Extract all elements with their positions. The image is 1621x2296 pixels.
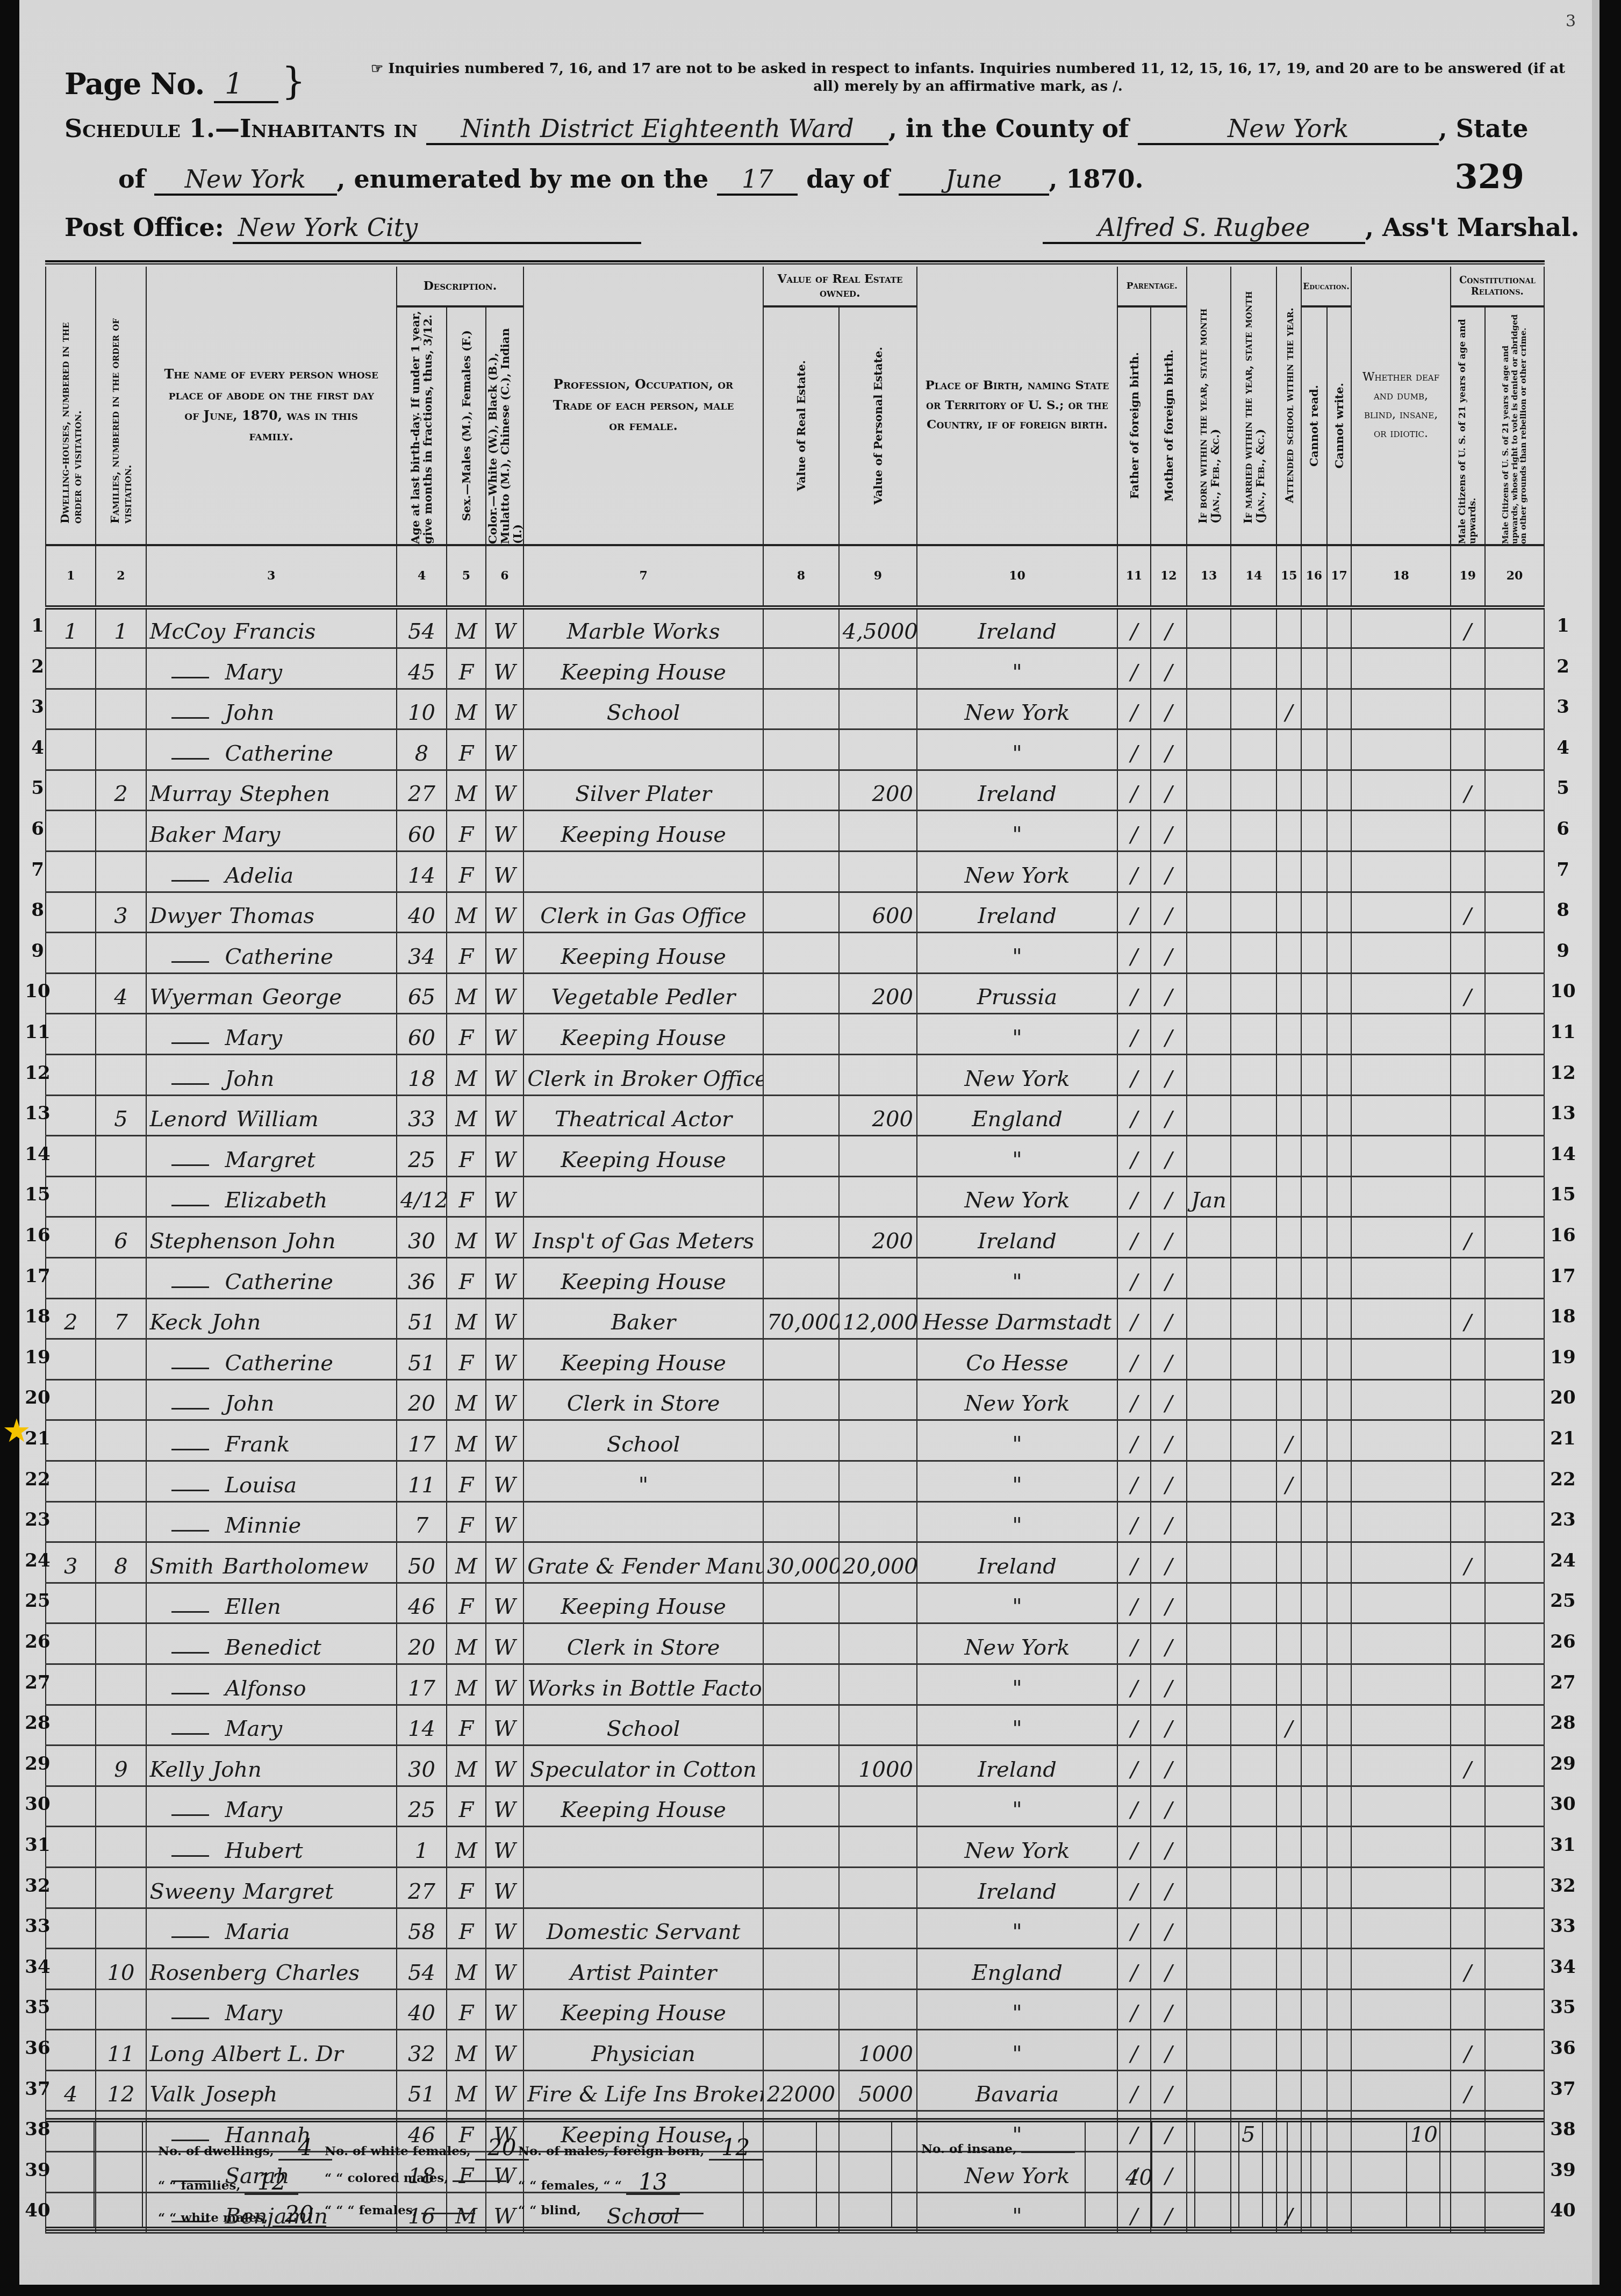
cell-born-month	[1187, 729, 1231, 770]
cell-family: 4	[96, 973, 146, 1014]
cell-birthplace: "	[917, 1664, 1117, 1705]
cell-denied	[1485, 1014, 1544, 1055]
cell-occupation: Vegetable Pedler	[523, 973, 763, 1014]
cell-denied	[1485, 2030, 1544, 2071]
cell-cannot-read	[1301, 770, 1327, 811]
cell-sex: M	[447, 770, 486, 811]
cell-sex: F	[447, 1136, 486, 1177]
cell-married-month	[1231, 1055, 1276, 1096]
cell-personal-estate: 20,000	[839, 1542, 917, 1583]
cell-school	[1276, 973, 1301, 1014]
cell-school: /	[1276, 1705, 1301, 1746]
cell-family	[96, 1501, 146, 1542]
cell-color: W	[486, 1095, 523, 1136]
cell-birthplace: Hesse Darmstadt	[917, 1298, 1117, 1339]
cell-sex: M	[447, 2070, 486, 2111]
cell-citizen	[1451, 1461, 1485, 1501]
cell-family	[96, 1786, 146, 1827]
line-number-left: 7	[21, 859, 54, 881]
table-row: Frank17MWSchool"///	[46, 1420, 1544, 1461]
cell-sex: F	[447, 1176, 486, 1217]
constitutional-group-header: Constitutional Relations.	[1451, 267, 1544, 306]
line-number-left: 4	[21, 737, 54, 759]
cell-school	[1276, 1989, 1301, 2030]
cell-birthplace: New York	[917, 689, 1117, 729]
cell-cannot-write	[1327, 1136, 1352, 1177]
table-row: 9KellyJohn30MWSpeculator in Cotton1000Ir…	[46, 1746, 1544, 1786]
cell-infirmity	[1351, 2030, 1450, 2071]
cell-cannot-write	[1327, 852, 1352, 892]
cell-citizen	[1451, 933, 1485, 974]
cell-personal-estate: 200	[839, 1095, 917, 1136]
cell-cannot-write	[1327, 1095, 1352, 1136]
state-field: New York	[154, 164, 337, 196]
line-number-right: 8	[1547, 899, 1579, 921]
cell-married-month	[1231, 1908, 1276, 1949]
table-row: Catherine34FWKeeping House"//	[46, 933, 1544, 974]
cell-personal-estate: 200	[839, 1217, 917, 1258]
person-name: Alfonso	[146, 1664, 397, 1705]
column-number-16: 16	[1301, 545, 1327, 607]
cell-citizen	[1451, 811, 1485, 852]
ditto-dash	[171, 1530, 209, 1532]
cell-married-month	[1231, 1339, 1276, 1380]
cell-mother-foreign: /	[1151, 1786, 1186, 1827]
cell-cannot-write	[1327, 1217, 1352, 1258]
col-7-header: Profession, Occupation, or Trade of each…	[523, 267, 763, 545]
cell-real-estate	[763, 892, 839, 933]
cell-birthplace: Ireland	[917, 1746, 1117, 1786]
cell-real-estate	[763, 1989, 839, 2030]
cell-age: 17	[397, 1420, 447, 1461]
cell-sex: F	[447, 1258, 486, 1299]
cell-born-month	[1187, 1583, 1231, 1623]
table-row: Mary25FWKeeping House"//	[46, 1786, 1544, 1827]
cell-birthplace: "	[917, 729, 1117, 770]
col-10-header: Place of Birth, naming State or Territor…	[917, 267, 1117, 545]
person-name: KellyJohn	[146, 1746, 397, 1786]
person-name: Benedict	[146, 1623, 397, 1664]
cell-occupation: Keeping House	[523, 1989, 763, 2030]
ditto-dash	[171, 677, 209, 678]
school-total: 5	[1242, 2122, 1255, 2147]
cell-birthplace: New York	[917, 1379, 1117, 1420]
cell-color: W	[486, 1705, 523, 1746]
cell-born-month	[1187, 1461, 1231, 1501]
description-group-header: Description.	[397, 267, 523, 306]
person-name: SmithBartholomew	[146, 1542, 397, 1583]
cell-citizen: /	[1451, 892, 1485, 933]
cell-infirmity	[1351, 1583, 1450, 1623]
citizens-total: 10	[1410, 2122, 1438, 2147]
cell-occupation: Keeping House	[523, 811, 763, 852]
cell-citizen	[1451, 1176, 1485, 1217]
ditto-dash	[171, 1408, 209, 1410]
cell-mother-foreign: /	[1151, 648, 1186, 689]
cell-age: 10	[397, 689, 447, 729]
cell-school	[1276, 1014, 1301, 1055]
cell-personal-estate	[839, 1014, 917, 1055]
cell-age: 14	[397, 852, 447, 892]
line-number-left: 34	[21, 1956, 54, 1978]
cell-mother-foreign: /	[1151, 1542, 1186, 1583]
line-number-right: 10	[1547, 981, 1579, 1002]
cell-school	[1276, 1664, 1301, 1705]
cell-mother-foreign: /	[1151, 1501, 1186, 1542]
cell-occupation	[523, 1867, 763, 1908]
cell-real-estate	[763, 1176, 839, 1217]
cell-cannot-read	[1301, 1989, 1327, 2030]
cell-cannot-write	[1327, 1461, 1352, 1501]
line-number-left: 36	[21, 2037, 54, 2059]
cell-family: 2	[96, 770, 146, 811]
cell-father-foreign: /	[1117, 729, 1151, 770]
cell-birthplace: "	[917, 1136, 1117, 1177]
table-row: 11McCoyFrancis54MWMarble Works4,5000Irel…	[46, 607, 1544, 648]
marshal-signature: Alfred S. Rugbee	[1043, 213, 1365, 244]
cell-occupation: Insp't of Gas Meters	[523, 1217, 763, 1258]
cell-denied	[1485, 607, 1544, 648]
person-name: Mary	[146, 1989, 397, 2030]
cell-citizen	[1451, 1623, 1485, 1664]
cell-mother-foreign: /	[1151, 1176, 1186, 1217]
cell-father-foreign: /	[1117, 1339, 1151, 1380]
cell-infirmity	[1351, 1623, 1450, 1664]
cell-age: 50	[397, 1542, 447, 1583]
col-17-header: Cannot write.	[1327, 306, 1352, 545]
cell-sex: F	[447, 729, 486, 770]
cell-cannot-write	[1327, 1379, 1352, 1420]
cell-sex: M	[447, 1827, 486, 1868]
cell-infirmity	[1351, 1339, 1450, 1380]
cell-born-month	[1187, 1339, 1231, 1380]
line-number-left: 12	[21, 1062, 54, 1084]
cell-color: W	[486, 1420, 523, 1461]
cell-occupation: Physician	[523, 2030, 763, 2071]
col-4-header: Age at last birth-day. If under 1 year, …	[397, 306, 447, 545]
cell-married-month	[1231, 770, 1276, 811]
foreign-males-count: 12	[709, 2136, 763, 2161]
line-number-right: 26	[1547, 1631, 1579, 1653]
column-number-4: 4	[397, 545, 447, 607]
cell-born-month	[1187, 1420, 1231, 1461]
cell-infirmity	[1351, 1867, 1450, 1908]
cell-personal-estate: 5000	[839, 2070, 917, 2111]
cell-cannot-write	[1327, 1339, 1352, 1380]
cell-infirmity	[1351, 1664, 1450, 1705]
cell-birthplace: Ireland	[917, 1867, 1117, 1908]
cell-cannot-read	[1301, 689, 1327, 729]
cell-citizen: /	[1451, 1746, 1485, 1786]
cell-infirmity	[1351, 1989, 1450, 2030]
column-number-18: 18	[1351, 545, 1450, 607]
cell-cannot-read	[1301, 852, 1327, 892]
table-row: 27KeckJohn51MWBaker70,00012,000Hesse Dar…	[46, 1298, 1544, 1339]
ditto-dash	[171, 1205, 209, 1206]
cell-mother-foreign: /	[1151, 607, 1186, 648]
cell-color: W	[486, 2070, 523, 2111]
cell-real-estate	[763, 1867, 839, 1908]
line-number-right: 31	[1547, 1834, 1579, 1856]
cell-mother-foreign: /	[1151, 1379, 1186, 1420]
cell-mother-foreign: /	[1151, 770, 1186, 811]
cell-married-month	[1231, 1705, 1276, 1746]
cell-citizen	[1451, 1339, 1485, 1380]
cell-school: /	[1276, 1420, 1301, 1461]
cell-occupation	[523, 1501, 763, 1542]
cell-mother-foreign: /	[1151, 1420, 1186, 1461]
cell-infirmity	[1351, 770, 1450, 811]
cell-family	[96, 1258, 146, 1299]
line-number-right: 33	[1547, 1915, 1579, 1937]
cell-denied	[1485, 1217, 1544, 1258]
column-number-8: 8	[763, 545, 839, 607]
cell-age: 58	[397, 1908, 447, 1949]
cell-mother-foreign: /	[1151, 1623, 1186, 1664]
cell-age: 27	[397, 770, 447, 811]
cell-father-foreign: /	[1117, 1055, 1151, 1096]
cell-school	[1276, 1827, 1301, 1868]
cell-school	[1276, 1908, 1301, 1949]
cell-born-month	[1187, 1786, 1231, 1827]
line-number-left: 17	[21, 1265, 54, 1287]
foreign-females-summary: “ “ females, “ “ 13	[518, 2171, 680, 2195]
cell-mother-foreign: /	[1151, 1339, 1186, 1380]
col-9-header: Value of Personal Estate.	[839, 306, 917, 545]
cell-born-month	[1187, 1827, 1231, 1868]
line-number-right: 39	[1547, 2159, 1579, 2181]
cell-denied	[1485, 1055, 1544, 1096]
cell-sex: M	[447, 1542, 486, 1583]
col-6-header: Color.—White (W.), Black (B.), Mulatto (…	[486, 306, 523, 545]
line-number-left: 9	[21, 940, 54, 962]
cell-personal-estate	[839, 933, 917, 974]
cell-school	[1276, 1501, 1301, 1542]
cell-real-estate	[763, 1908, 839, 1949]
cell-occupation: Grate & Fender Manuf	[523, 1542, 763, 1583]
cell-age: 46	[397, 1583, 447, 1623]
cell-birthplace: "	[917, 1908, 1117, 1949]
ditto-dash	[171, 1733, 209, 1735]
table-row: 412ValkJoseph51MWFire & Life Ins Broker2…	[46, 2070, 1544, 2111]
cell-citizen	[1451, 1705, 1485, 1746]
cell-born-month	[1187, 1379, 1231, 1420]
cell-cannot-write	[1327, 648, 1352, 689]
cell-real-estate	[763, 1217, 839, 1258]
cell-married-month	[1231, 729, 1276, 770]
cell-birthplace: "	[917, 1258, 1117, 1299]
cell-birthplace: Ireland	[917, 607, 1117, 648]
column-number-10: 10	[917, 545, 1117, 607]
cell-cannot-read	[1301, 1136, 1327, 1177]
cell-mother-foreign: /	[1151, 2070, 1186, 2111]
cell-cannot-write	[1327, 811, 1352, 852]
cell-citizen	[1451, 1501, 1485, 1542]
cell-color: W	[486, 1908, 523, 1949]
ditto-dash	[171, 1693, 209, 1694]
cell-color: W	[486, 973, 523, 1014]
person-name: Frank	[146, 1420, 397, 1461]
table-row: 38SmithBartholomew50MWGrate & Fender Man…	[46, 1542, 1544, 1583]
cell-real-estate	[763, 1379, 839, 1420]
cell-personal-estate	[839, 1867, 917, 1908]
cell-personal-estate	[839, 1339, 917, 1380]
cell-occupation: Theatrical Actor	[523, 1095, 763, 1136]
cell-birthplace: England	[917, 1949, 1117, 1990]
cell-married-month	[1231, 1827, 1276, 1868]
line-number-right: 19	[1547, 1347, 1579, 1368]
cell-family	[96, 1461, 146, 1501]
cell-personal-estate	[839, 689, 917, 729]
column-number-20: 20	[1485, 545, 1544, 607]
cell-denied	[1485, 1746, 1544, 1786]
table-row: Mary45FWKeeping House"//	[46, 648, 1544, 689]
cell-born-month	[1187, 933, 1231, 974]
cell-occupation: Keeping House	[523, 933, 763, 974]
cell-age: 51	[397, 1298, 447, 1339]
cell-citizen	[1451, 689, 1485, 729]
cell-age: 8	[397, 729, 447, 770]
cell-cannot-read	[1301, 1217, 1327, 1258]
ditto-dash	[171, 1936, 209, 1938]
cell-color: W	[486, 1055, 523, 1096]
cell-family	[96, 811, 146, 852]
cell-birthplace: "	[917, 1989, 1117, 2030]
cell-denied	[1485, 1664, 1544, 1705]
cell-cannot-read	[1301, 1949, 1327, 1990]
person-name: John	[146, 1379, 397, 1420]
cell-cannot-read	[1301, 1258, 1327, 1299]
table-row: Mary40FWKeeping House"//	[46, 1989, 1544, 2030]
cell-family: 12	[96, 2070, 146, 2111]
cell-citizen	[1451, 1583, 1485, 1623]
cell-citizen	[1451, 1867, 1485, 1908]
cell-mother-foreign: /	[1151, 1583, 1186, 1623]
cell-sex: F	[447, 1867, 486, 1908]
line-number-right: 30	[1547, 1793, 1579, 1815]
cell-cannot-write	[1327, 1055, 1352, 1096]
cell-married-month	[1231, 1623, 1276, 1664]
cell-mother-foreign: /	[1151, 1908, 1186, 1949]
cell-mother-foreign: /	[1151, 1055, 1186, 1096]
person-name: Elizabeth	[146, 1176, 397, 1217]
census-rows: 11McCoyFrancis54MWMarble Works4,5000Irel…	[46, 607, 1544, 2233]
cell-real-estate	[763, 852, 839, 892]
cell-age: 14	[397, 1705, 447, 1746]
cell-cannot-write	[1327, 1867, 1352, 1908]
cell-school	[1276, 607, 1301, 648]
line-number-left: 32	[21, 1875, 54, 1897]
cell-mother-foreign: /	[1151, 933, 1186, 974]
parentage-group-header: Parentage.	[1117, 267, 1187, 306]
cell-born-month	[1187, 1055, 1231, 1096]
cell-personal-estate	[839, 1583, 917, 1623]
cell-cannot-read	[1301, 2070, 1327, 2111]
cell-father-foreign: /	[1117, 1786, 1151, 1827]
cell-infirmity	[1351, 607, 1450, 648]
cell-occupation: Silver Plater	[523, 770, 763, 811]
cell-school	[1276, 892, 1301, 933]
person-name: StephensonJohn	[146, 1217, 397, 1258]
foreign-males-summary: No. of males, foreign born, 12	[518, 2136, 763, 2161]
cell-born-month	[1187, 811, 1231, 852]
cell-cannot-write	[1327, 1420, 1352, 1461]
cell-denied	[1485, 1623, 1544, 1664]
cell-denied	[1485, 1339, 1544, 1380]
cell-real-estate	[763, 648, 839, 689]
cell-personal-estate	[839, 1827, 917, 1868]
cell-married-month	[1231, 648, 1276, 689]
cell-citizen	[1451, 1014, 1485, 1055]
stamp-number: 329	[1455, 157, 1524, 196]
line-number-right: 7	[1547, 859, 1579, 881]
line-number-left: 29	[21, 1753, 54, 1775]
cell-denied	[1485, 1989, 1544, 2030]
table-top-rule	[45, 260, 1545, 264]
person-name: Catherine	[146, 729, 397, 770]
cell-family	[96, 648, 146, 689]
cell-citizen: /	[1451, 770, 1485, 811]
cell-mother-foreign: /	[1151, 1217, 1186, 1258]
cell-color: W	[486, 1786, 523, 1827]
cell-cannot-read	[1301, 1705, 1327, 1746]
cell-occupation: Clerk in Store	[523, 1623, 763, 1664]
cell-real-estate: 30,000	[763, 1542, 839, 1583]
cell-born-month	[1187, 1014, 1231, 1055]
cell-real-estate	[763, 1827, 839, 1868]
cell-sex: F	[447, 1339, 486, 1380]
cell-father-foreign: /	[1117, 2030, 1151, 2071]
cell-sex: F	[447, 1786, 486, 1827]
cell-birthplace: New York	[917, 1176, 1117, 1217]
cell-occupation: Works in Bottle Factory	[523, 1664, 763, 1705]
column-number-7: 7	[523, 545, 763, 607]
person-name: John	[146, 1055, 397, 1096]
cell-sex: F	[447, 1583, 486, 1623]
cell-color: W	[486, 1501, 523, 1542]
line-number-left: 26	[21, 1631, 54, 1653]
cell-citizen: /	[1451, 2030, 1485, 2071]
cell-citizen	[1451, 1258, 1485, 1299]
cell-father-foreign: /	[1117, 1908, 1151, 1949]
cell-real-estate	[763, 1095, 839, 1136]
cell-denied	[1485, 1949, 1544, 1990]
cell-cannot-read	[1301, 1786, 1327, 1827]
cell-birthplace: "	[917, 811, 1117, 852]
cell-denied	[1485, 1095, 1544, 1136]
cell-denied	[1485, 1258, 1544, 1299]
cell-infirmity	[1351, 1136, 1450, 1177]
cell-sex: F	[447, 648, 486, 689]
cell-married-month	[1231, 1867, 1276, 1908]
cell-born-month	[1187, 1908, 1231, 1949]
cell-real-estate	[763, 1949, 839, 1990]
cell-personal-estate: 200	[839, 973, 917, 1014]
cell-father-foreign: /	[1117, 892, 1151, 933]
column-number-15: 15	[1276, 545, 1301, 607]
ditto-dash	[171, 1083, 209, 1085]
post-office-line: Post Office: New York City	[64, 213, 641, 244]
cell-father-foreign: /	[1117, 1827, 1151, 1868]
cell-married-month	[1231, 1542, 1276, 1583]
cell-occupation: Clerk in Store	[523, 1379, 763, 1420]
cell-family: 6	[96, 1217, 146, 1258]
line-number-right: 35	[1547, 1997, 1579, 2018]
table-row: 5LenordWilliam33MWTheatrical Actor200Eng…	[46, 1095, 1544, 1136]
cell-age: 30	[397, 1746, 447, 1786]
cell-real-estate	[763, 1786, 839, 1827]
line-number-left: 35	[21, 1997, 54, 2018]
